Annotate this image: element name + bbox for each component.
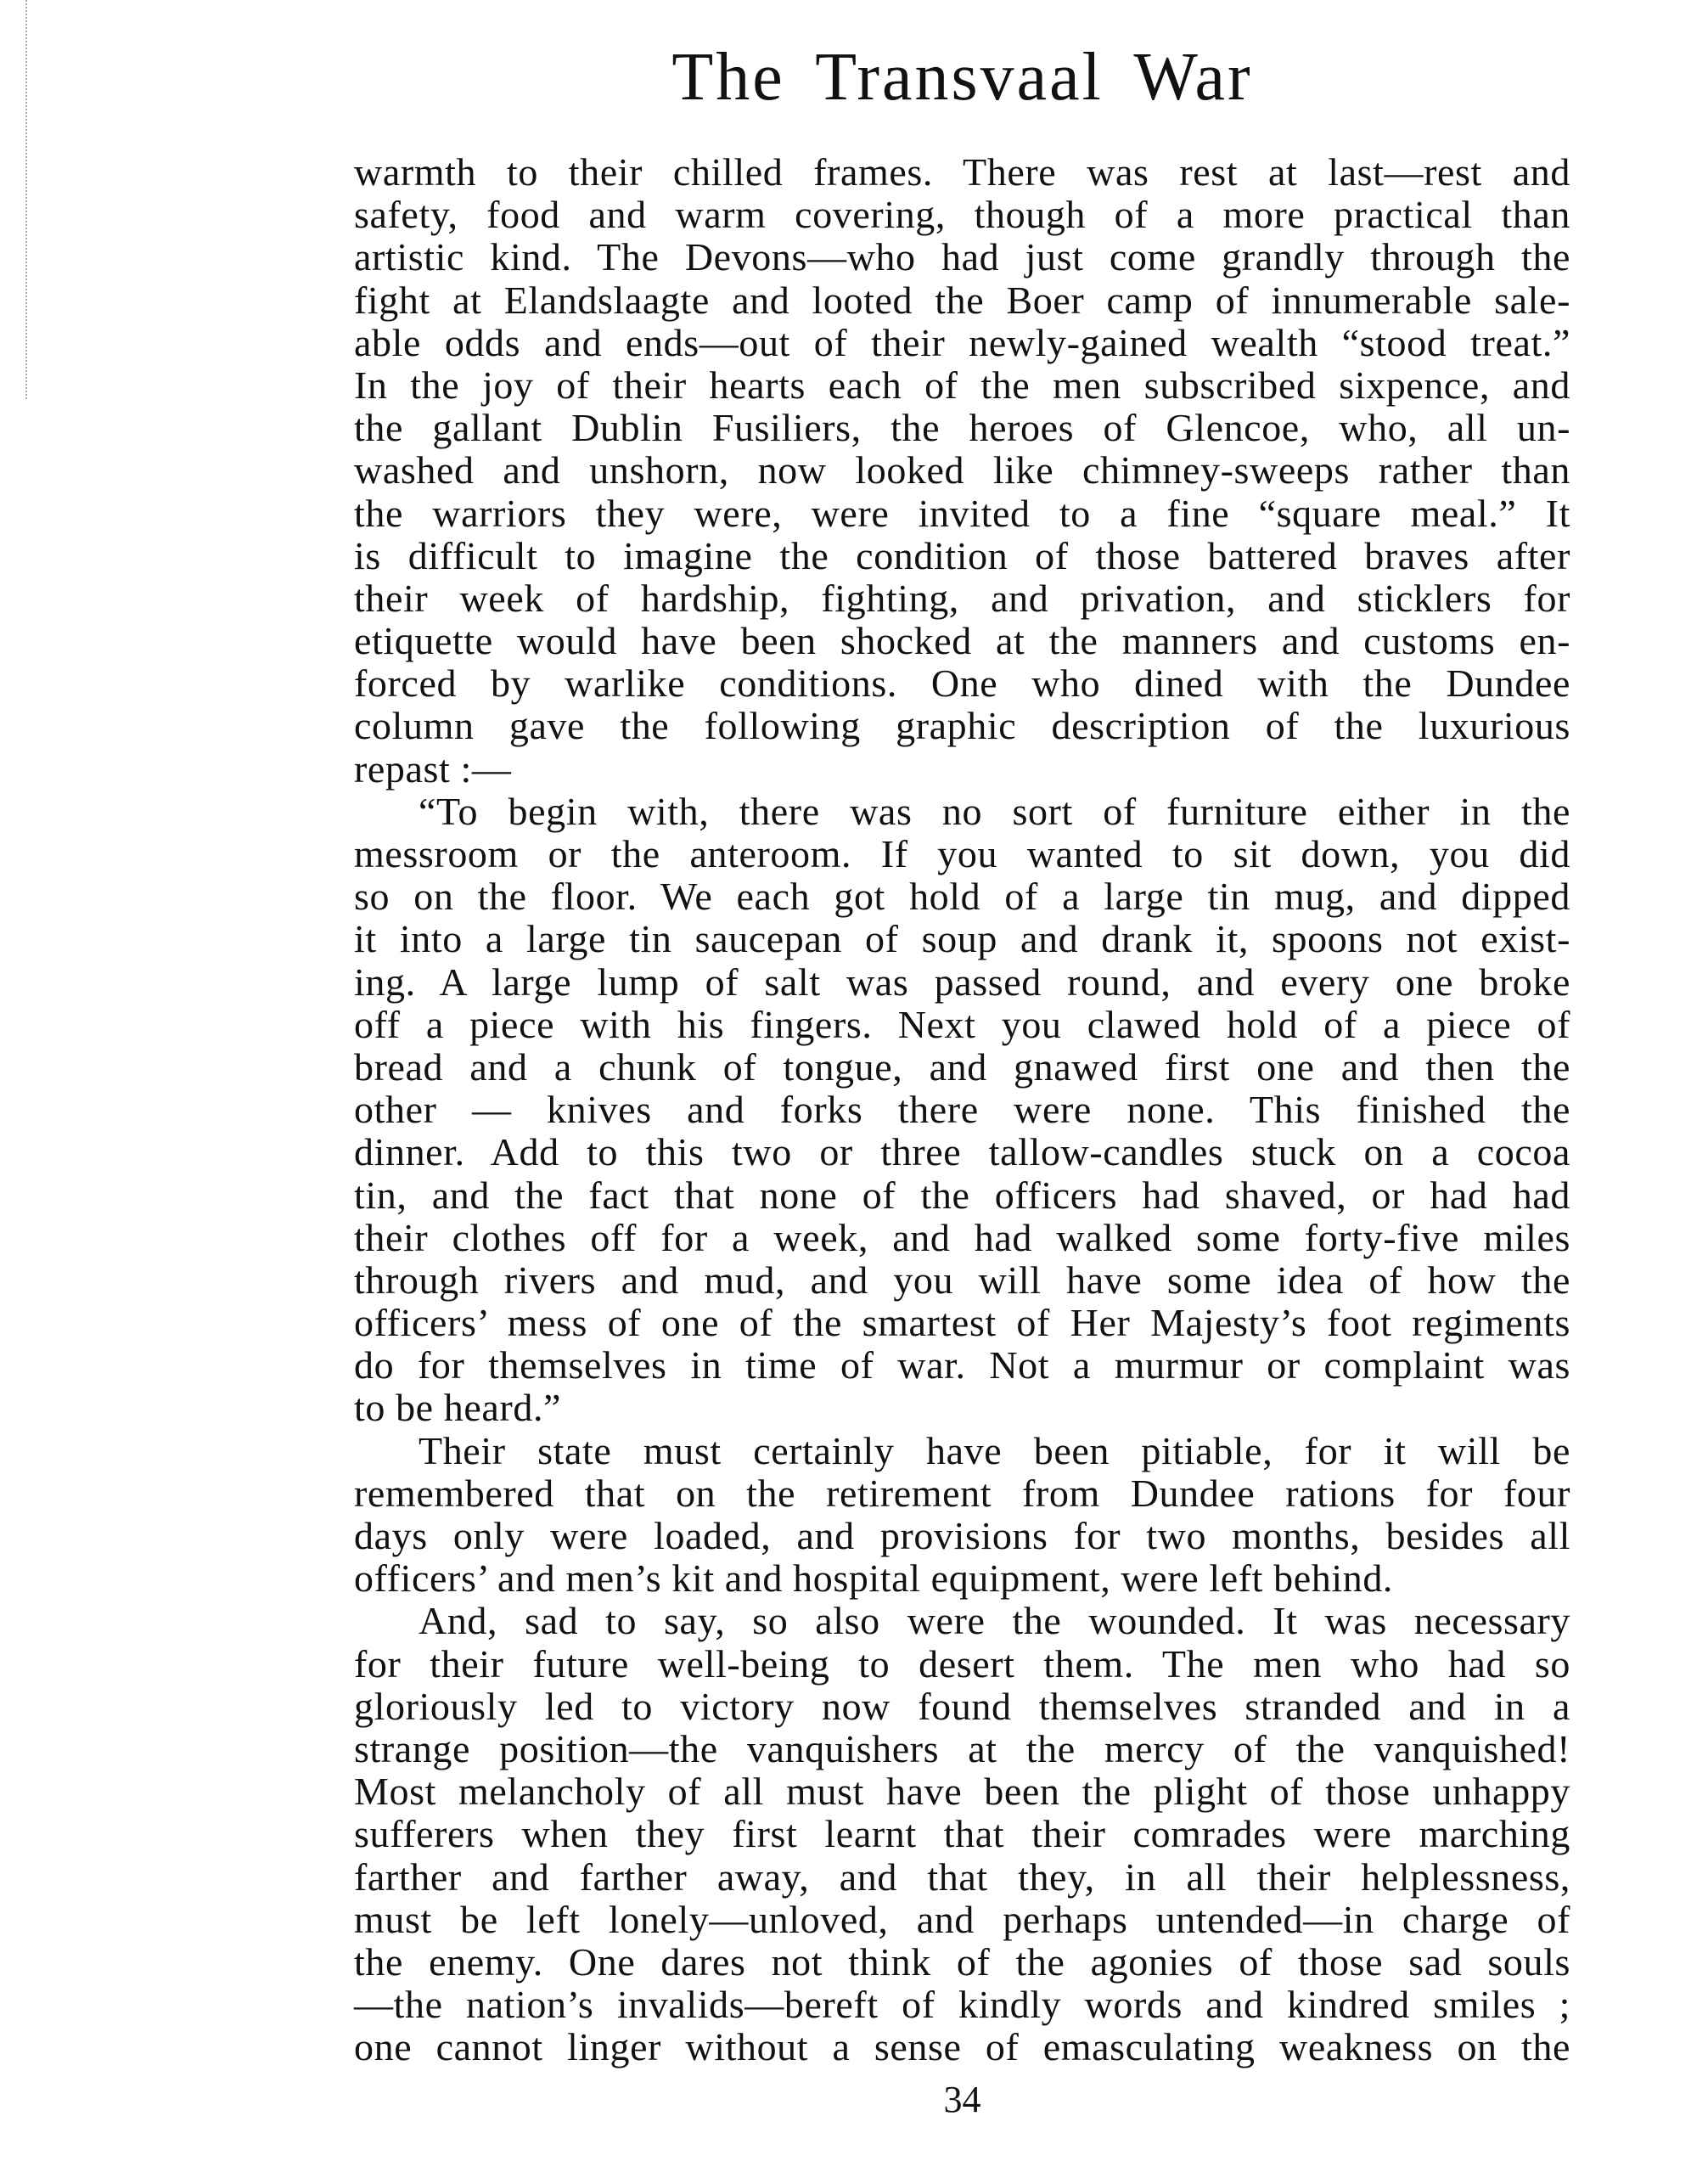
text-line: it into a large tin saucepan of soup and…	[354, 918, 1570, 960]
text-line: to be heard.”	[354, 1387, 1570, 1429]
text-line: And, sad to say, so also were the wounde…	[354, 1600, 1570, 1642]
text-line: their week of hardship, fighting, and pr…	[354, 577, 1570, 620]
text-line: able odds and ends—out of their newly-ga…	[354, 322, 1570, 364]
scan-edge-artifact	[25, 0, 27, 399]
text-line: gloriously led to victory now found them…	[354, 1686, 1570, 1728]
text-line: warmth to their chilled frames. There wa…	[354, 151, 1570, 194]
text-line: “To begin with, there was no sort of fur…	[354, 791, 1570, 833]
text-line: so on the floor. We each got hold of a l…	[354, 875, 1570, 918]
text-line: days only were loaded, and provisions fo…	[354, 1515, 1570, 1557]
text-line: Their state must certainly have been pit…	[354, 1430, 1570, 1472]
text-line: washed and unshorn, now looked like chim…	[354, 449, 1570, 492]
text-line: off a piece with his fingers. Next you c…	[354, 1004, 1570, 1046]
text-line: dinner. Add to this two or three tallow-…	[354, 1131, 1570, 1173]
text-line: officers’ mess of one of the smartest of…	[354, 1302, 1570, 1344]
text-line: ing. A large lump of salt was passed rou…	[354, 961, 1570, 1004]
text-line: —the nation’s invalids—bereft of kindly …	[354, 1984, 1570, 2026]
text-line: bread and a chunk of tongue, and gnawed …	[354, 1046, 1570, 1089]
running-head-title: The Transvaal War	[354, 39, 1570, 115]
text-line: sufferers when they first learnt that th…	[354, 1813, 1570, 1855]
text-line: one cannot linger without a sense of ema…	[354, 2026, 1570, 2068]
text-line: officers’ and men’s kit and hospital equ…	[354, 1557, 1570, 1600]
text-line: their clothes off for a week, and had wa…	[354, 1217, 1570, 1259]
page-number: 34	[354, 2079, 1570, 2121]
text-line: column gave the following graphic descri…	[354, 705, 1570, 747]
text-line: for their future well-being to desert th…	[354, 1643, 1570, 1686]
text-line: strange position—the vanquishers at the …	[354, 1728, 1570, 1770]
text-line: repast :—	[354, 748, 1570, 791]
text-line: In the joy of their hearts each of the m…	[354, 364, 1570, 407]
text-line: other — knives and forks there were none…	[354, 1089, 1570, 1131]
text-line: must be left lonely—unloved, and perhaps…	[354, 1899, 1570, 1941]
text-line: the warriors they were, were invited to …	[354, 492, 1570, 535]
text-line: forced by warlike conditions. One who di…	[354, 662, 1570, 705]
text-line: remembered that on the retirement from D…	[354, 1472, 1570, 1515]
text-line: Most melancholy of all must have been th…	[354, 1770, 1570, 1813]
text-line: fight at Elandslaagte and looted the Boe…	[354, 279, 1570, 322]
text-line: farther and farther away, and that they,…	[354, 1856, 1570, 1899]
text-line: through rivers and mud, and you will hav…	[354, 1259, 1570, 1302]
body-text: warmth to their chilled frames. There wa…	[354, 151, 1570, 2068]
text-line: tin, and the fact that none of the offic…	[354, 1174, 1570, 1217]
text-line: the enemy. One dares not think of the ag…	[354, 1941, 1570, 1984]
text-line: the gallant Dublin Fusiliers, the heroes…	[354, 407, 1570, 449]
text-line: messroom or the anteroom. If you wanted …	[354, 833, 1570, 875]
text-line: artistic kind. The Devons—who had just c…	[354, 236, 1570, 279]
text-line: etiquette would have been shocked at the…	[354, 620, 1570, 662]
text-line: is difficult to imagine the condition of…	[354, 535, 1570, 577]
text-line: safety, food and warm covering, though o…	[354, 194, 1570, 236]
text-line: do for themselves in time of war. Not a …	[354, 1344, 1570, 1387]
